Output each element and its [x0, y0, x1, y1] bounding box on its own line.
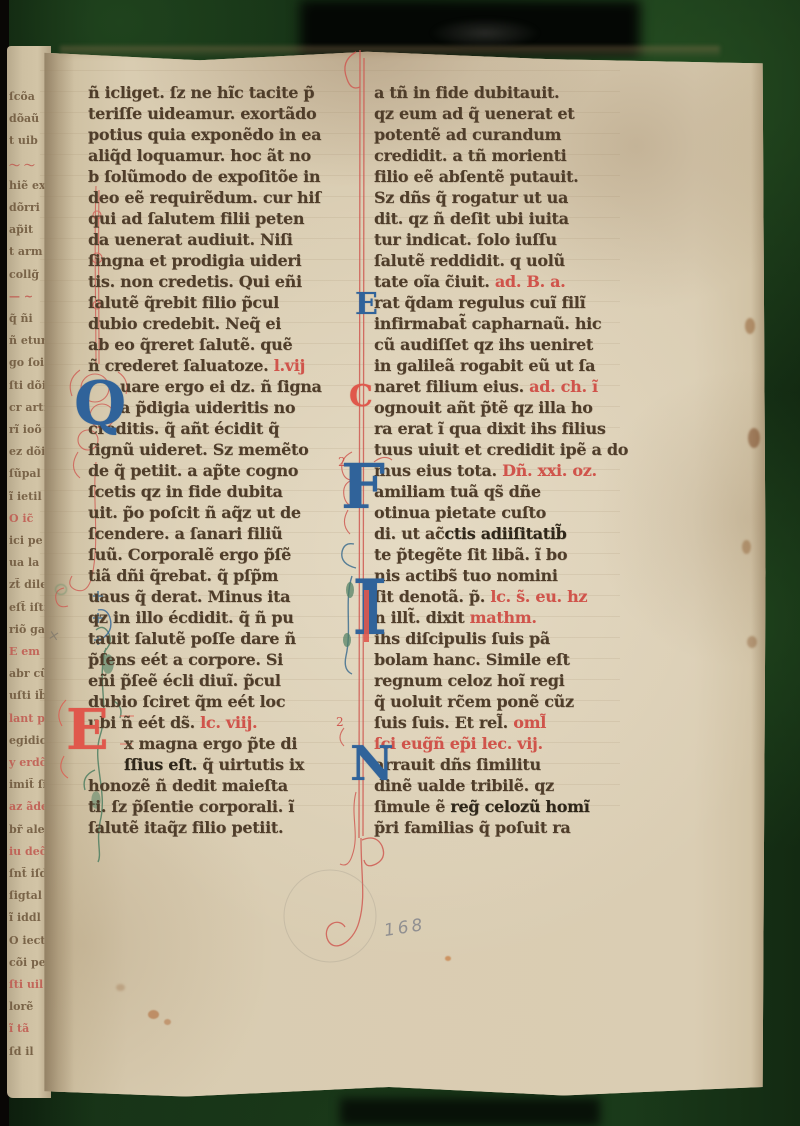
text-line: ñ crederet ſaluatoze. l.vij — [88, 355, 350, 376]
text-line: ra erat ĩ qua dixit ihs filius — [374, 418, 650, 439]
drop-cap-i: I — [352, 570, 388, 646]
text-column-left: ñ icliget. ſz ne hĩc tacite p̃teriſſe ui… — [88, 82, 350, 838]
text-line: da uenerat audiuit. Niſi — [88, 229, 350, 250]
text-line: bolam hanc. Simile eſt — [374, 649, 650, 670]
text-line: Sz dñs q̃ rogatur ut ua — [374, 187, 650, 208]
text-line: uit. p̃o poſcit ñ aq̃z ut de — [88, 502, 350, 523]
text-line: amiliam tuã qs̃ dñe — [374, 481, 650, 502]
text-line: tate oĩa c̃iuit. ad. B. a. — [374, 271, 650, 292]
text-line: ſalutẽ q̃rebit filio p̃cul — [88, 292, 350, 313]
backdrop-shadow-bottom — [340, 1098, 600, 1126]
text-line: potius quia exponẽdo in ea — [88, 124, 350, 145]
text-line: credidit. a tñ morienti — [374, 145, 650, 166]
text-line: ſſius eſt. q̃ uirtutis ix — [88, 754, 350, 775]
text-line: n illt̃. dixit mathm. — [374, 607, 650, 628]
text-line: ihs diſcipulis ſuis pã — [374, 628, 650, 649]
stain-bottom-2 — [164, 1019, 171, 1025]
edge-text-fragment: lorẽ — [9, 1000, 49, 1020]
ink-smudge-top — [430, 18, 540, 48]
edge-text-fragment: iu deõ — [9, 845, 49, 865]
drop-cap-f: F — [341, 456, 385, 518]
text-line: dubio ſciret q̃m eét loc — [88, 691, 350, 712]
text-line: p̃ſens eét a corpore. Si — [88, 649, 350, 670]
stain-bottom-1 — [148, 1010, 159, 1019]
text-line: ſcetis qz in fide dubita — [88, 481, 350, 502]
edge-text-fragment: ſigtal — [9, 889, 49, 909]
text-line: ſit denotã. p̃. lc. s̃. eu. hz — [374, 586, 650, 607]
edge-text-fragment: br̃ ale — [9, 823, 49, 843]
text-line: ſignũ uideret. Sz memẽto — [88, 439, 350, 460]
text-line: b ſolũmodo de expoſitõe in — [88, 166, 350, 187]
text-line: ñ icliget. ſz ne hĩc tacite p̃ — [88, 82, 350, 103]
text-line: ſuis ſuis. Et rel̃. oml̃ — [374, 712, 650, 733]
initial-e-blue: E — [355, 290, 378, 320]
text-line: dinẽ ualde tribilẽ. qz — [374, 775, 650, 796]
text-line: a tñ in fide dubitauit. — [374, 82, 650, 103]
stain-green-ring — [55, 584, 67, 595]
edge-text-fragment: ſd il — [9, 1045, 49, 1065]
stain-bottom-3 — [116, 984, 125, 991]
text-line: infirmabat̃ capharnaũ. hic — [374, 313, 650, 334]
text-line: ognouit añt p̃tẽ qz illa ho — [374, 397, 650, 418]
text-line: a p̃digia uideritis no — [88, 397, 350, 418]
text-line: arrauit dñs ſimilitu — [374, 754, 650, 775]
stain-right-2 — [748, 428, 760, 448]
text-line: ſci eug̃ñ ep̃i lec. vij. — [374, 733, 650, 754]
text-line: te p̃tegẽte ſit libã. ĩ bo — [374, 544, 650, 565]
edge-text-fragment: ſnt̃ iſd — [9, 867, 49, 887]
drop-cap-e-red: E — [66, 702, 109, 758]
text-line: deo eẽ requirẽdum. cur hiſ — [88, 187, 350, 208]
initial-i-red-stripe — [364, 590, 369, 642]
text-line: nis actibs̃ tuo nomini — [374, 565, 650, 586]
text-line: ſingna et prodigia uideri — [88, 250, 350, 271]
text-line: filio eẽ abſentẽ putauit. — [374, 166, 650, 187]
text-line: naret filium eius. ad. ch. ĩ — [374, 376, 650, 397]
text-line: qz in illo écdidit. q̃ ñ pu — [88, 607, 350, 628]
text-line: mus eius tota. Dñ. xxi. oz. — [374, 460, 650, 481]
text-line: in galileã rogabit eũ ut ſa — [374, 355, 650, 376]
text-line: tiã dñi q̃rebat. q̃ pſp̃m — [88, 565, 350, 586]
drop-cap-q: Q — [74, 374, 126, 434]
stain-right-1 — [745, 318, 755, 334]
edge-text-fragment: cõi pe — [9, 956, 49, 976]
text-line: ſalutẽ itaq̃z filio petiit. — [88, 817, 350, 838]
text-line: potentẽ ad curandum — [374, 124, 650, 145]
text-line: ab eo q̃reret ſalutẽ. quẽ — [88, 334, 350, 355]
text-column-right: a tñ in fide dubitauit.qz eum ad q̃ uene… — [374, 82, 650, 838]
text-line: tauit ſalutẽ poſſe dare ñ — [88, 628, 350, 649]
stain-right-3 — [742, 540, 751, 554]
text-line: aliq̃d loquamur. hoc ãt no — [88, 145, 350, 166]
text-line: eñi p̃ſeẽ écli diuĩ. p̃cul — [88, 670, 350, 691]
text-line: ſimule ẽ reg̃ celozũ homĩ — [374, 796, 650, 817]
text-line: ubi ñ eét ds̃. lc. viij. — [88, 712, 350, 733]
text-line: di. ut ac̃ctis adiiſitatib̃ — [374, 523, 650, 544]
text-line: qui ad ſalutem filii peten — [88, 208, 350, 229]
text-line: cũ audiſſet qz ihs ueniret — [374, 334, 650, 355]
edge-text-fragment: ſti uil — [9, 978, 49, 998]
text-line: honozẽ ñ dedit maieſta — [88, 775, 350, 796]
text-line: dit. qz ñ deſit ubi iuita — [374, 208, 650, 229]
text-line: regnum celoz hoĩ regi — [374, 670, 650, 691]
manuscript-photo: { "manuscript": { "folio_number": "168",… — [0, 0, 800, 1126]
text-line: de q̃ petiit. a ap̃te cogno — [88, 460, 350, 481]
edge-text-fragment: ĩ iddl — [9, 911, 49, 931]
text-line: rat q̃dam regulus cuĩ filĩ — [374, 292, 650, 313]
text-line: ſuũ. Corporalẽ ergo p̃ſẽ — [88, 544, 350, 565]
text-line: tur indicat. ſolo iuſſu — [374, 229, 650, 250]
text-line: p̃ri familias q̃ poſuit ra — [374, 817, 650, 838]
text-line: ti. ſz p̃ſentie corporali. ĩ — [88, 796, 350, 817]
drop-cap-n: N — [350, 740, 394, 788]
edge-text-fragment: ĩ tã — [9, 1022, 49, 1042]
text-line: uaus q̃ derat. Minus ita — [88, 586, 350, 607]
text-line: q̃ uoluit rc̃em ponẽ cũz — [374, 691, 650, 712]
text-line: ſcendere. a ſanari filiũ — [88, 523, 350, 544]
text-line: teriſſe uideamur. exortãdo — [88, 103, 350, 124]
text-line: uare ergo ei dz. ñ ſigna — [88, 376, 350, 397]
text-line: dubio credebit. Neq̃ ei — [88, 313, 350, 334]
initial-c-red: C — [349, 382, 373, 412]
text-line: otinua pietate cuſto — [374, 502, 650, 523]
text-line: creditis. q̃ añt écidit q̃ — [88, 418, 350, 439]
stain-right-4 — [747, 636, 757, 648]
stain-orange-speck — [445, 956, 451, 961]
text-line: ſalutẽ reddidit. q uolũ — [374, 250, 650, 271]
text-line: qz eum ad q̃ uenerat et — [374, 103, 650, 124]
text-line: x magna ergo p̃te di — [88, 733, 350, 754]
text-line: tuus uiuit et credidit ipẽ a do — [374, 439, 650, 460]
text-line: tis. non credetis. Qui eñi — [88, 271, 350, 292]
edge-text-fragment: O iect — [9, 934, 49, 954]
